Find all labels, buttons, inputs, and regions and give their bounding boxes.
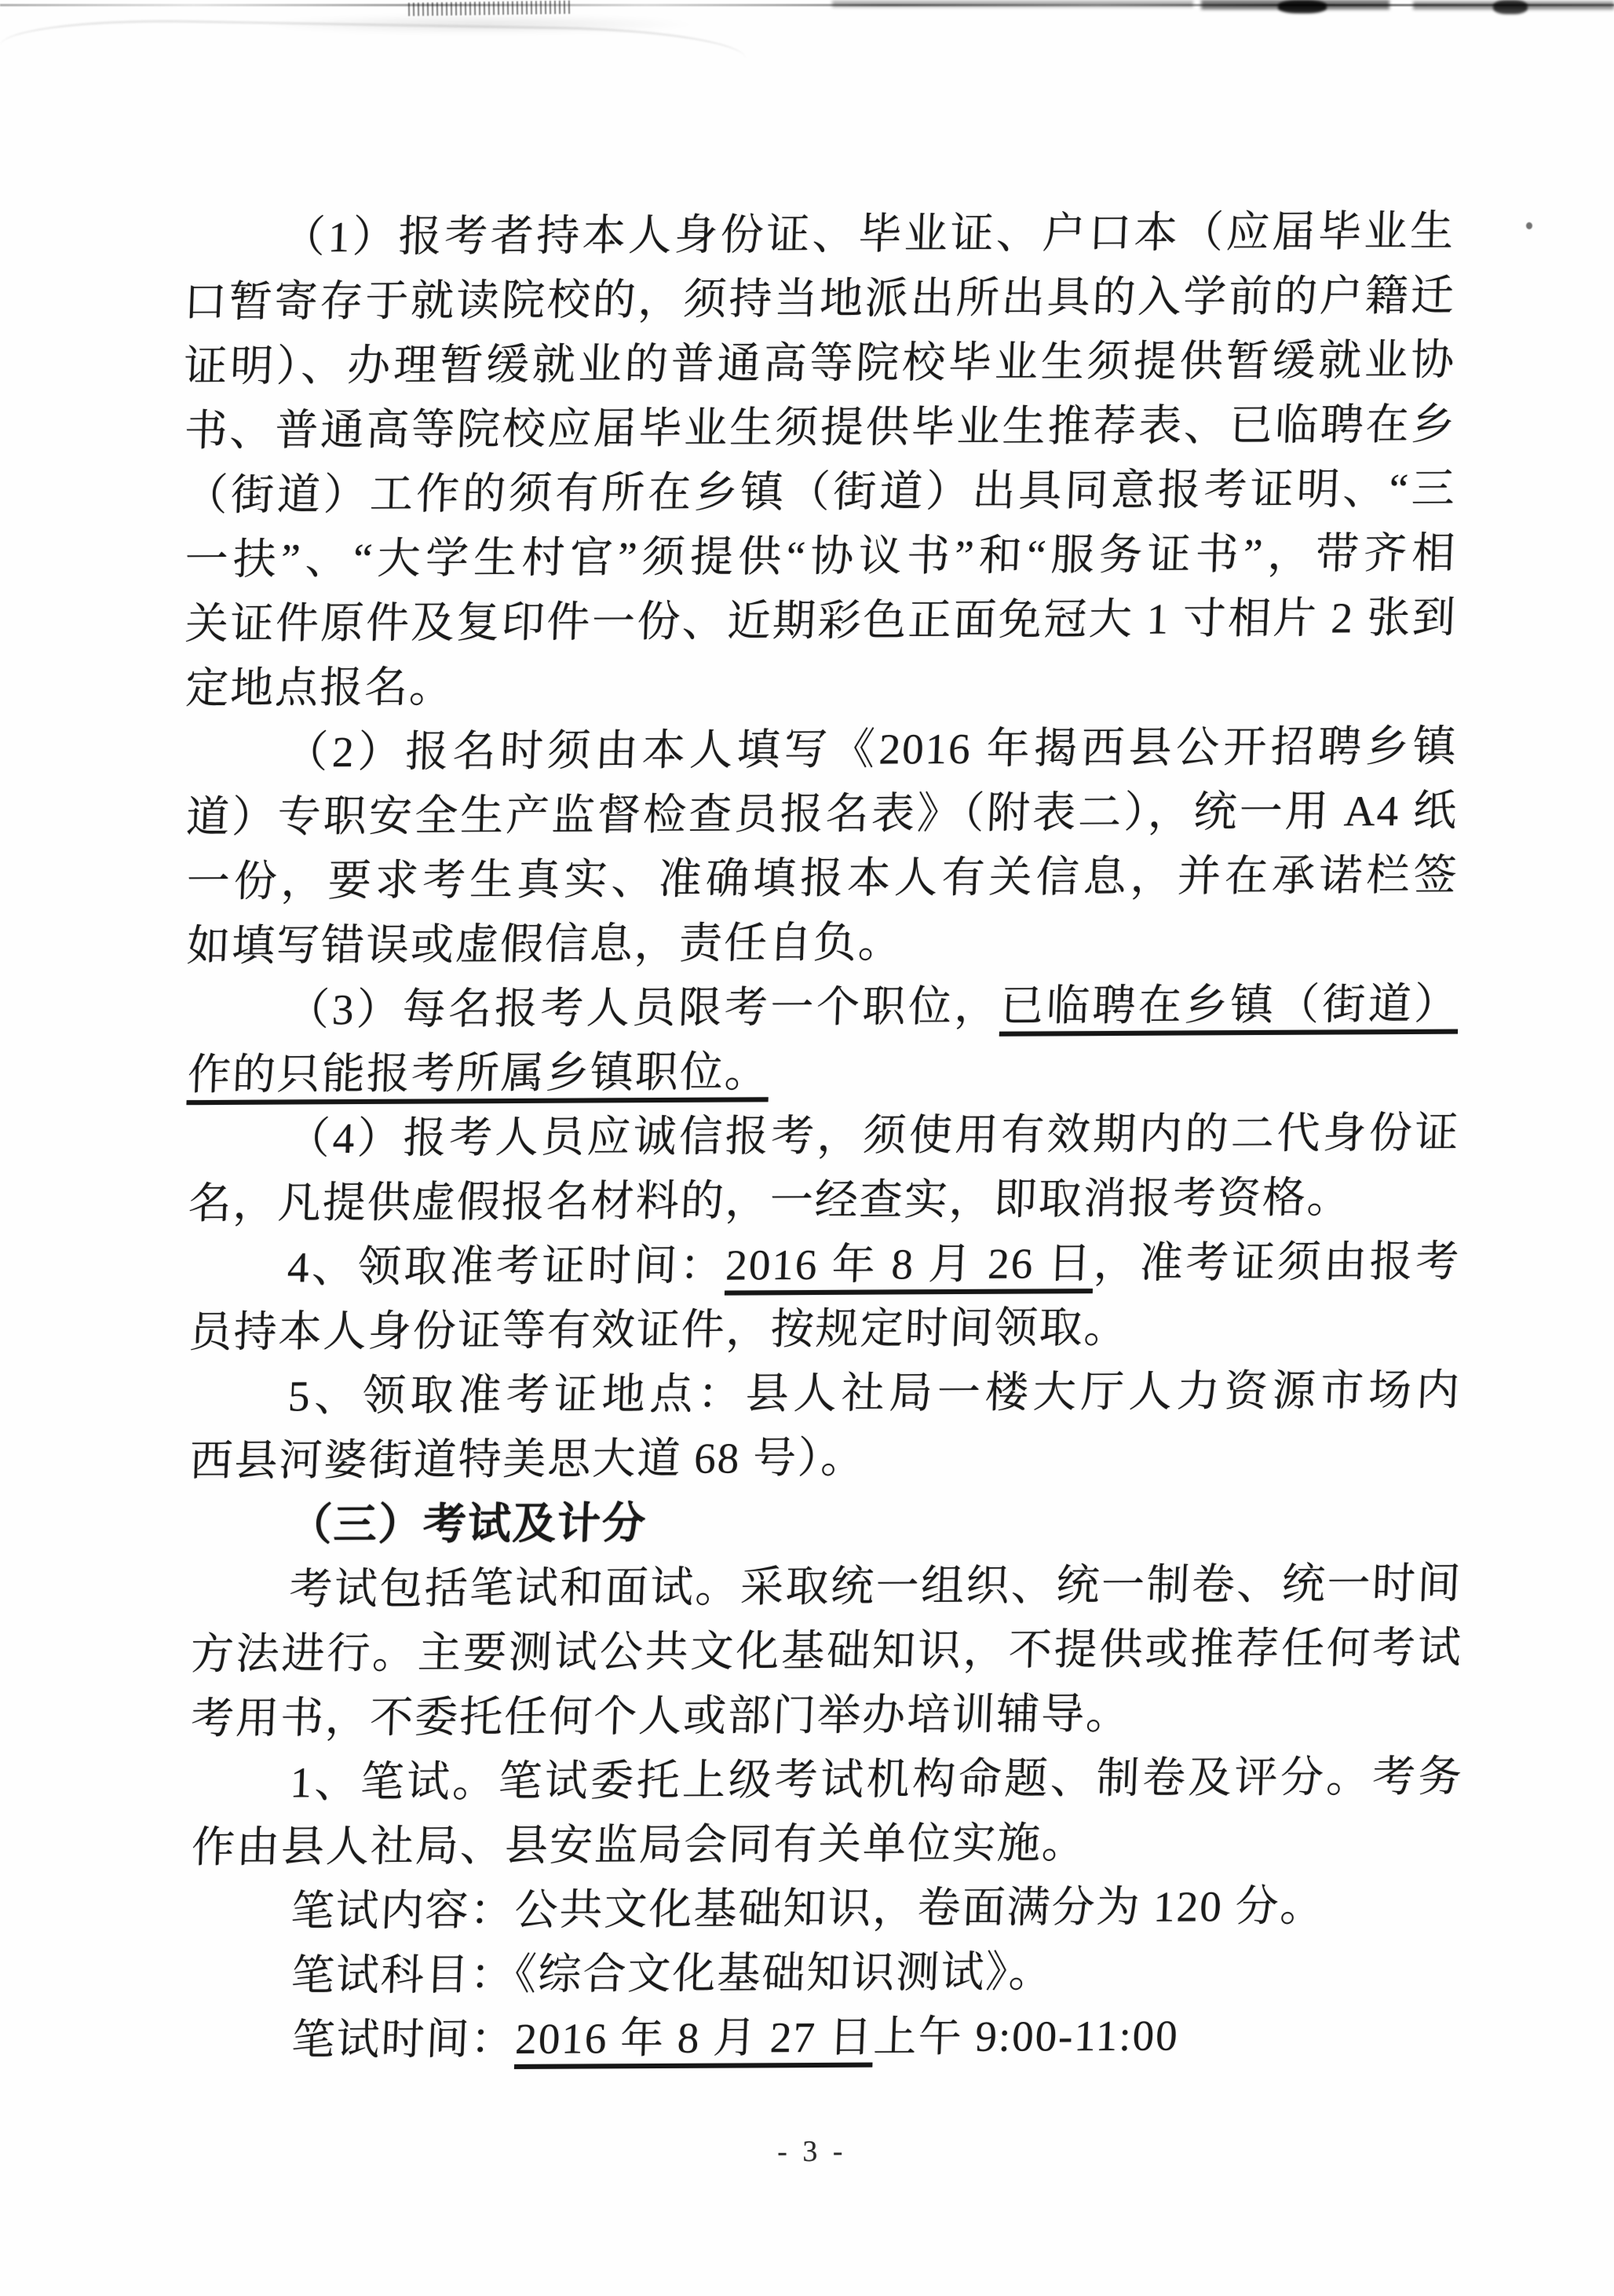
text-line: 5、领取准考证地点：县人社局一楼大厅人力资源市场内（揭	[188, 1358, 1462, 1429]
text-line: 定地点报名。	[184, 650, 1459, 721]
text-segment: （街道）工作的须有所在乡镇（街道）出具同意报考证明、“三支	[184, 465, 1458, 528]
text-segment: 笔试时间：	[290, 2015, 516, 2064]
text-segment: （三）考试及计分	[288, 1499, 648, 1548]
text-line: （3）每名报考人员限考一个职位，已临聘在乡镇（街道）工	[186, 972, 1460, 1043]
text-line: 书、普通高等院校应届毕业生须提供毕业生推荐表、已临聘在乡镇	[183, 393, 1457, 463]
text-line: 考试包括笔试和面试。采取统一组织、统一制卷、统一时间的	[189, 1552, 1463, 1623]
text-line: 道）专职安全生产监督检查员报名表》（附表二），统一用 A4 纸打印	[185, 779, 1459, 850]
text-segment: （2）报名时须由本人填写《2016 年揭西县公开招聘乡镇（街	[281, 722, 1458, 785]
text-line: 证明）、办理暂缓就业的普通高等院校毕业生须提供暂缓就业协议	[183, 328, 1457, 399]
text-segment: 关证件原件及复印件一份、近期彩色正面免冠大 1 寸相片 2 张到指	[184, 594, 1458, 656]
text-segment: 上午 9:00-11:00	[873, 2012, 1180, 2061]
text-segment: （4）报考人员应诚信报考，须使用有效期内的二代身份证报	[283, 1109, 1460, 1172]
text-segment: 道）专职安全生产监督检查员报名表》（附表二），统一用 A4 纸打印	[185, 787, 1459, 850]
text-segment: （1）报考者持本人身份证、毕业证、户口本（应届毕业生户	[279, 207, 1455, 270]
underlined-text: 2016 年 8 月 26 日	[725, 1239, 1094, 1289]
text-line: 一份，要求考生真实、准确填报本人有关信息，并在承诺栏签名。	[185, 843, 1459, 914]
text-line: （1）报考者持本人身份证、毕业证、户口本（应届毕业生户	[182, 199, 1456, 270]
text-segment: 笔试内容：公共文化基础知识，卷面满分为 120 分。	[290, 1882, 1325, 1936]
text-segment: 书、普通高等院校应届毕业生须提供毕业生推荐表、已临聘在乡镇	[183, 400, 1457, 463]
text-segment: 名，凡提供虚假报名材料的，一经查实，即取消报考资格。	[188, 1173, 1353, 1227]
text-segment: 4、领取准考证时间：	[287, 1241, 727, 1292]
underlined-text: 2016 年 8 月 27 日	[514, 2013, 875, 2063]
text-segment: 考用书，不委托任何个人或部门举办培训辅导。	[190, 1690, 1131, 1742]
text-line: （2）报名时须由本人填写《2016 年揭西县公开招聘乡镇（街	[184, 715, 1459, 785]
text-line: 作由县人社局、县安监局会同有关单位实施。	[191, 1809, 1465, 1880]
text-segment: 1、笔试。笔试委托上级考试机构命题、制卷及评分。考务工	[287, 1753, 1463, 1815]
text-line: 作的只能报考所属乡镇职位。	[186, 1036, 1460, 1107]
text-segment: 5、领取准考证地点：县人社局一楼大厅人力资源市场内（揭	[285, 1366, 1462, 1429]
text-line: 口暂寄存于就读院校的，须持当地派出所出具的入学前的户籍迁出	[182, 264, 1456, 335]
text-line: 笔试时间：2016 年 8 月 27 日上午 9:00-11:00	[192, 2002, 1466, 2073]
text-line: 员持本人身份证等有效证件，按规定时间领取。	[188, 1294, 1462, 1365]
text-segment: 一扶”、“大学生村官”须提供“协议书”和“服务证书”，带齐相	[184, 529, 1457, 583]
text-segment: 口暂寄存于就读院校的，须持当地派出所出具的入学前的户籍迁出	[182, 272, 1456, 335]
text-segment: 作由县人社局、县安监局会同有关单位实施。	[191, 1819, 1087, 1871]
text-line: 1、笔试。笔试委托上级考试机构命题、制卷及评分。考务工	[190, 1745, 1464, 1816]
text-line: 关证件原件及复印件一份、近期彩色正面免冠大 1 寸相片 2 张到指	[184, 586, 1458, 656]
text-segment: 笔试科目：《综合文化基础知识测试》。	[290, 1947, 1054, 1999]
text-line: 西县河婆街道特美思大道 68 号）。	[188, 1423, 1462, 1493]
scan-speck	[1526, 222, 1532, 229]
text-line: 笔试科目：《综合文化基础知识测试》。	[191, 1938, 1465, 2009]
text-segment: 一份，要求考生真实、准确填报本人有关信息，并在承诺栏签名。	[185, 851, 1459, 914]
section-heading: （三）考试及计分	[188, 1487, 1462, 1558]
text-line: 4、领取准考证时间：2016 年 8 月 26 日，准考证须由报考人	[188, 1230, 1462, 1300]
text-line: 方法进行。主要测试公共文化基础知识，不提供或推荐任何考试参	[189, 1616, 1463, 1687]
underlined-text: 作的只能报考所属乡镇职位。	[187, 1047, 770, 1099]
text-line: （街道）工作的须有所在乡镇（街道）出具同意报考证明、“三支	[184, 457, 1458, 528]
text-segment: 证明）、办理暂缓就业的普通高等院校毕业生须提供暂缓就业协议	[183, 336, 1457, 399]
text-segment: 考试包括笔试和面试。采取统一组织、统一制卷、统一时间的	[286, 1559, 1462, 1622]
text-segment: 定地点报名。	[184, 663, 455, 712]
text-line: 名，凡提供虚假报名材料的，一经查实，即取消报考资格。	[187, 1165, 1461, 1236]
scanned-document-page: （1）报考者持本人身份证、毕业证、户口本（应届毕业生户口暂寄存于就读院校的，须持…	[0, 0, 1614, 2296]
text-segment: （3）每名报考人员限考一个职位，	[285, 982, 1001, 1034]
text-line: 一扶”、“大学生村官”须提供“协议书”和“服务证书”，带齐相	[184, 521, 1458, 592]
page-number: - 3 -	[11, 2130, 1612, 2174]
document-body: （1）报考者持本人身份证、毕业证、户口本（应届毕业生户口暂寄存于就读院校的，须持…	[181, 199, 1462, 2073]
text-segment: 员持本人身份证等有效证件，按规定时间领取。	[188, 1303, 1130, 1356]
text-segment: 西县河婆街道特美思大道 68 号）。	[188, 1434, 866, 1486]
text-segment: 如填写错误或虚假信息，责任自负。	[186, 918, 904, 970]
text-line: 如填写错误或虚假信息，责任自负。	[186, 908, 1460, 978]
text-line: （4）报考人员应诚信报考，须使用有效期内的二代身份证报	[187, 1101, 1461, 1172]
text-segment: 方法进行。主要测试公共文化基础知识，不提供或推荐任何考试参	[189, 1624, 1463, 1687]
text-line: 考用书，不委托任何个人或部门举办培训辅导。	[190, 1680, 1464, 1751]
document-content: （1）报考者持本人身份证、毕业证、户口本（应届毕业生户口暂寄存于就读院校的，须持…	[0, 0, 1614, 2296]
text-line: 笔试内容：公共文化基础知识，卷面满分为 120 分。	[191, 1874, 1465, 1945]
